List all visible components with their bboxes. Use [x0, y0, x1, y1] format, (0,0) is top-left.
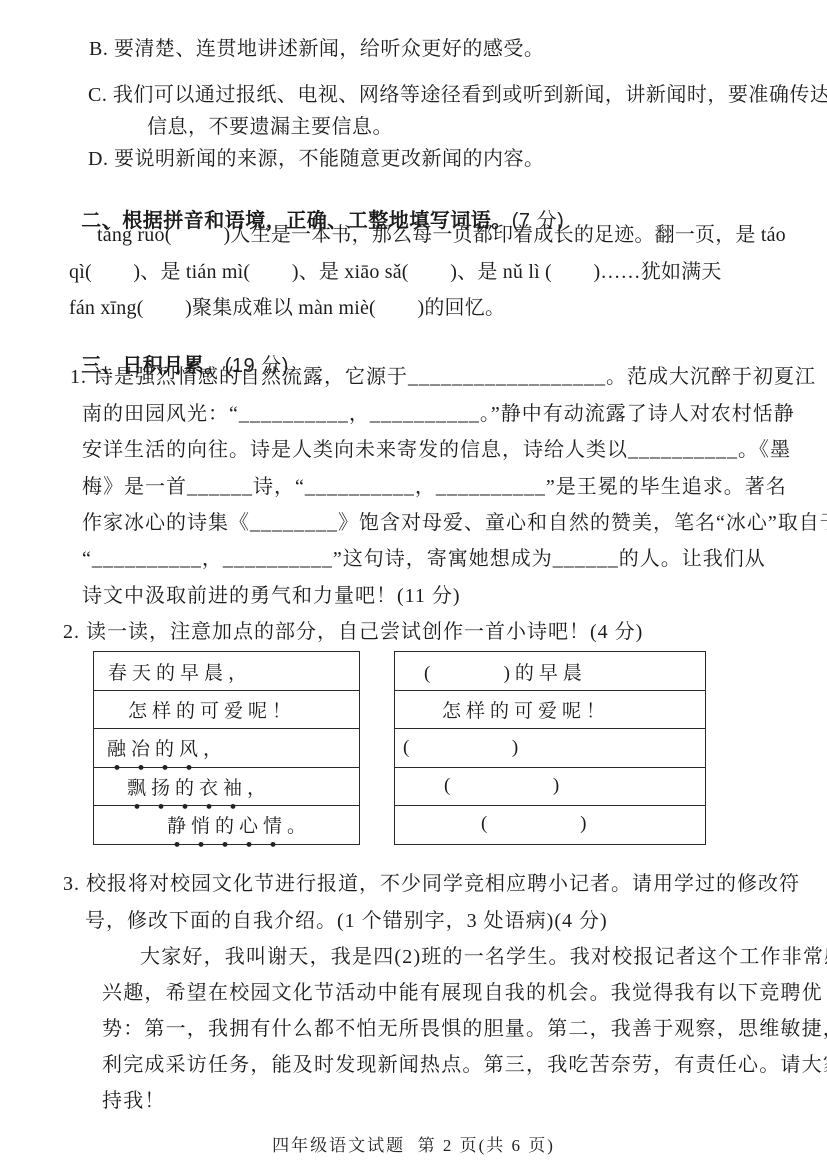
item1-line-7: 诗文中汲取前进的勇气和力量吧！(11 分): [82, 583, 461, 609]
poem-fill-line: ( ): [395, 805, 705, 843]
pinyin-line-1: tǎng ruò( )人生是一本书，那么每一页都印着成长的足迹。翻一页，是 tá…: [97, 222, 786, 248]
option-b: B. 要清楚、连贯地讲述新闻，给听众更好的感受。: [89, 36, 544, 62]
poem-box-template: ( )的早晨 怎样的可爱呢！ ( ) ( ) ( ): [394, 651, 706, 845]
poem-text: ( ): [403, 737, 523, 759]
item1-line-5: 作家冰心的诗集《________》饱含对母爱、童心和自然的赞美，笔名“冰心”取自…: [82, 510, 827, 536]
emphasized-text: 融冶的风: [107, 734, 203, 771]
poem-text: ( )的早晨: [424, 658, 587, 685]
poem-fill-line: ( ): [395, 767, 705, 805]
poem-text: 怎样的可爱呢！: [128, 696, 296, 723]
item1-line-3: 安详生活的向往。诗是人类向未来寄发的信息，诗给人类以__________。《墨: [82, 437, 791, 463]
poem-text: ，: [247, 773, 271, 800]
pinyin-line-3: fán xīng( )聚集成难以 màn miè( )的回忆。: [69, 295, 505, 321]
poem-fill-line: ( ): [395, 728, 705, 766]
pinyin-line-2: qì( )、是 tián mì( )、是 xiāo sǎ( )、是 nǔ lì …: [69, 259, 722, 285]
page-footer: 四年级语文试题 第 2 页(共 6 页): [0, 1131, 827, 1156]
poem-text: ，: [203, 734, 227, 761]
item3-prompt-line-2: 号，修改下面的自我介绍。(1 个错别字，3 处语病)(4 分): [85, 908, 608, 934]
poem-text: 春天的早晨，: [108, 658, 252, 685]
poem-text: ( ): [444, 775, 564, 797]
poem-box-original: 春天的早晨， 怎样的可爱呢！ 融冶的风， 飘扬的衣袖， 静悄的心情。: [93, 651, 360, 845]
poem-line: 融冶的风，: [94, 728, 359, 766]
poem-fill-line: ( )的早晨: [395, 652, 705, 690]
poem-line: 春天的早晨，: [94, 652, 359, 690]
option-c-continuation: 信息，不要遗漏主要信息。: [147, 114, 393, 140]
item3-prompt-line-1: 3. 校报将对校园文化节进行报道，不少同学竞相应聘小记者。请用学过的修改符: [63, 871, 800, 897]
poem-line: 静悄的心情。: [94, 805, 359, 843]
poem-line: 飘扬的衣袖，: [94, 767, 359, 805]
self-intro-line-2: 兴趣，希望在校园文化节活动中能有展现自我的机会。我觉得我有以下竞聘优: [102, 980, 823, 1006]
item1-line-4: 梅》是一首______诗，“__________，__________”是王冕的…: [82, 474, 787, 500]
option-d: D. 要说明新闻的来源，不能随意更改新闻的内容。: [88, 146, 544, 172]
item1-line-6: “__________，__________”这句诗，寄寓她想成为______的…: [82, 546, 766, 572]
poem-text: ( ): [481, 813, 591, 835]
poem-fill-line: 怎样的可爱呢！: [395, 690, 705, 728]
option-c: C. 我们可以通过报纸、电视、网络等途径看到或听到新闻，讲新闻时，要准确传达: [88, 82, 827, 108]
self-intro-line-4: 利完成采访任务，能及时发现新闻热点。第三，我吃苦奈劳，有责任心。请大家支: [102, 1052, 827, 1078]
emphasized-text: 静悄的心情: [167, 811, 287, 848]
emphasized-text: 飘扬的衣袖: [127, 773, 247, 810]
self-intro-line-5: 持我！: [102, 1088, 166, 1114]
self-intro-line-1: 大家好，我叫谢天，我是四(2)班的一名学生。我对校报记者这个工作非常感: [140, 944, 827, 970]
item1-line-2: 南的田园风光：“__________，__________。”静中有动流露了诗人…: [82, 401, 795, 427]
exam-page: B. 要清楚、连贯地讲述新闻，给听众更好的感受。 C. 我们可以通过报纸、电视、…: [0, 0, 827, 1169]
item1-line-1: 1. 诗是强烈情感的自然流露，它源于__________________。范成大…: [70, 364, 816, 390]
self-intro-line-3: 势：第一，我拥有什么都不怕无所畏惧的胆量。第二，我善于观察，思维敏捷，能顺: [102, 1016, 827, 1042]
item2-prompt: 2. 读一读，注意加点的部分，自己尝试创作一首小诗吧！(4 分): [63, 619, 643, 645]
poem-text: 。: [287, 811, 311, 838]
poem-line: 怎样的可爱呢！: [94, 690, 359, 728]
section2-heading: 二、根据拼音和语境，正确、工整地填写词语。(7 分): [57, 182, 564, 260]
poem-text: 怎样的可爱呢！: [442, 696, 610, 723]
